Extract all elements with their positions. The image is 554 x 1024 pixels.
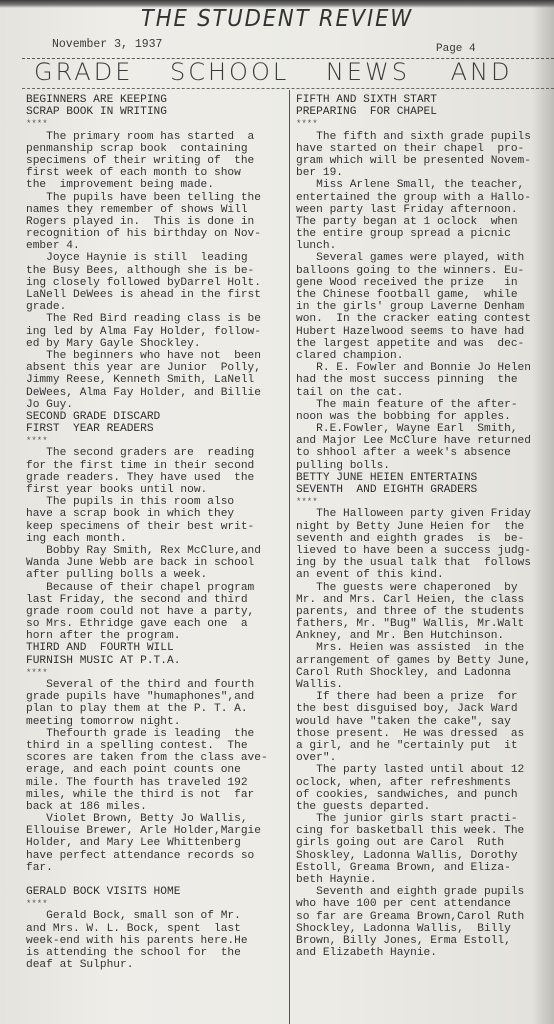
article-text-line: The Halloween party given Friday <box>296 508 554 520</box>
article-text-line: Wallis. <box>296 679 554 691</box>
article-text-line: gram which will be presented Novem- <box>296 155 554 167</box>
article-text-line: grade readers. They have used the <box>26 472 288 484</box>
article-text-line: Carol Ruth Shockley, and Ladonna <box>296 667 554 679</box>
article-text-line: grade pupils have "humaphones",and <box>26 691 288 703</box>
article-text-line: first year books until now. <box>26 484 288 496</box>
article-text-line: gene Wood received the prize in <box>296 277 554 289</box>
article-text-line: tail on the cat. <box>296 387 554 399</box>
article-text-line: the largest appetite and was dec- <box>296 338 554 350</box>
article-text-line: Rogers played in. This is done in <box>26 216 288 228</box>
article-text-line: ber 19. <box>296 167 554 179</box>
article-text-line: plan to play them at the P. T. A. <box>26 703 288 715</box>
page-number: Page 4 <box>436 43 476 55</box>
article-text-line: Brown, Billy Jones, Erma Estoll, <box>296 935 554 947</box>
headline-separator: **** <box>26 118 288 130</box>
headline-separator: **** <box>26 898 288 910</box>
article-text-line: The party began at 1 oclock when <box>296 216 554 228</box>
article: GERALD BOCK VISITS HOME**** Gerald Bock,… <box>26 886 288 971</box>
article-text-line: The main feature of the after- <box>296 399 554 411</box>
newsletter-page: THE STUDENT REVIEW November 3, 1937 Page… <box>0 0 554 1024</box>
article-text-line: is attending the school for the <box>26 947 288 959</box>
article-text-line: Seventh and eighth grade pupils <box>296 886 554 898</box>
article-text-line: specimens of their writing of the <box>26 155 288 167</box>
article-text-line: deaf at Sulphur. <box>26 959 288 971</box>
article-text-line: Hubert Hazelwood seems to have had <box>296 326 554 338</box>
right-column: FIFTH AND SIXTH STARTPREPARING FOR CHAPE… <box>296 94 554 959</box>
article-headline: THIRD AND FOURTH WILL <box>26 642 288 654</box>
article-text-line: who have 100 per cent attendance <box>296 898 554 910</box>
article-text-line: miles, while the third is not far <box>26 789 288 801</box>
article-text-line: an event of this kind. <box>296 569 554 581</box>
article-text-line: lunch. <box>296 240 554 252</box>
section-title-word: AND <box>451 58 513 86</box>
article-text-line: ing by the usual talk that follows <box>296 557 554 569</box>
article-text-line: clared champion. <box>296 350 554 362</box>
section-title: GRADE SCHOOL NEWS AND VIEWS <box>34 58 554 86</box>
article-text-line: back at 186 miles. <box>26 801 288 813</box>
article-text-line: the entire group spread a picnic <box>296 228 554 240</box>
article-text-line: have a scrap book in which they <box>26 508 288 520</box>
article-text-line: Shockley, Ladonna Wallis, Billy <box>296 923 554 935</box>
article-text-line: ed by Mary Gayle Shockley. <box>26 338 288 350</box>
article-text-line: erage, and each point counts one <box>26 764 288 776</box>
article-text-line: night by Betty June Heien for the <box>296 521 554 533</box>
section-title-word: SCHOOL <box>170 58 289 86</box>
headline-separator: **** <box>296 118 554 130</box>
article-text-line: arrangement of games by Betty June, <box>296 655 554 667</box>
article-text-line: Because of their chapel program <box>26 582 288 594</box>
article-text-line: ing each month. <box>26 533 288 545</box>
article-text-line: would have "taken the cake", say <box>296 716 554 728</box>
article-text-line: and Major Lee McClure have returned <box>296 435 554 447</box>
article-headline: SCRAP BOOK IN WRITING <box>26 106 288 118</box>
article-text-line: for the first time in their second <box>26 460 288 472</box>
article-headline: FIRST YEAR READERS <box>26 423 288 435</box>
article-headline: SECOND GRADE DISCARD <box>26 411 288 423</box>
article-text-line: Several games were played, with <box>296 252 554 264</box>
article-text-line: LaNell DeWees is ahead in the first <box>26 289 288 301</box>
article-text-line: so far are Greama Brown,Carol Ruth <box>296 911 554 923</box>
article-text-line: over". <box>296 752 554 764</box>
article-text-line: The party lasted until about 12 <box>296 764 554 776</box>
article-text-line: The second graders are reading <box>26 447 288 459</box>
article-text-line: beth Haynie. <box>296 874 554 886</box>
article-text-line: recognition of his birthday on Nov- <box>26 228 288 240</box>
article-text-line: Miss Arlene Small, the teacher, <box>296 179 554 191</box>
article-headline: FURNISH MUSIC AT P.T.A. <box>26 655 288 667</box>
article: THIRD AND FOURTH WILLFURNISH MUSIC AT P.… <box>26 642 288 874</box>
issue-date: November 3, 1937 <box>52 38 162 51</box>
article-text-line: Estoll, Greama Brown, and Eliza- <box>296 862 554 874</box>
article-text-line: last Friday, the second and third <box>26 594 288 606</box>
article-text-line: pulling bolls. <box>296 460 554 472</box>
article-text-line: If there had been a prize for <box>296 691 554 703</box>
article-text-line: R.E.Fowler, Wayne Earl Smith, <box>296 423 554 435</box>
article-spacer <box>26 874 288 886</box>
article-text-line: Violet Brown, Betty Jo Wallis, <box>26 813 288 825</box>
article-text-line: scores are taken from the class ave- <box>26 752 288 764</box>
article: SECOND GRADE DISCARDFIRST YEAR READERS**… <box>26 411 288 643</box>
article-text-line: ing led by Alma Fay Holder, follow- <box>26 326 288 338</box>
article-text-line: third in a spelling contest. The <box>26 740 288 752</box>
article-text-line: Thefourth grade is leading the <box>26 728 288 740</box>
article-text-line: fathers, Mr. "Bug" Wallis, Mr.Walt <box>296 618 554 630</box>
left-column: BEGINNERS ARE KEEPINGSCRAP BOOK IN WRITI… <box>26 94 288 971</box>
article-text-line: Jo Guy. <box>26 399 288 411</box>
headline-separator: **** <box>296 496 554 508</box>
article-text-line: Jimmy Reese, Kenneth Smith, LaNell <box>26 374 288 386</box>
headline-separator: **** <box>26 667 288 679</box>
section-title-word: NEWS <box>326 58 410 86</box>
article-text-line: parents, and three of the students <box>296 606 554 618</box>
article-text-line: penmanship scrap book containing <box>26 143 288 155</box>
article-text-line: in the girls' group Laverne Denham <box>296 301 554 313</box>
article-text-line: week-end with his parents here.He <box>26 935 288 947</box>
article-text-line: Holder, and Mary Lee Whittenberg <box>26 837 288 849</box>
article-text-line: the Chinese football game, while <box>296 289 554 301</box>
article-text-line: entertained the group with a Hallo- <box>296 192 554 204</box>
article-text-line: the guests departed. <box>296 801 554 813</box>
article-text-line: R. E. Fowler and Bonnie Jo Helen <box>296 362 554 374</box>
article-headline: BEGINNERS ARE KEEPING <box>26 94 288 106</box>
article-text-line: girls going out are Carol Ruth <box>296 837 554 849</box>
article: BETTY JUNE HEIEN ENTERTAINSSEVENTH AND E… <box>296 472 554 960</box>
section-title-word: GRADE <box>34 58 133 86</box>
article-text-line: of cookies, sandwiches, and punch <box>296 789 554 801</box>
article-text-line: grade. <box>26 301 288 313</box>
article-headline: BETTY JUNE HEIEN ENTERTAINS <box>296 472 554 484</box>
article-text-line: Joyce Haynie is still leading <box>26 252 288 264</box>
article-text-line: the improvement being made. <box>26 179 288 191</box>
article-text-line: and Elizabeth Haynie. <box>296 947 554 959</box>
article: BEGINNERS ARE KEEPINGSCRAP BOOK IN WRITI… <box>26 94 288 411</box>
article-text-line: the best disguised boy, Jack Ward <box>296 703 554 715</box>
article-text-line: Mrs. Heien was assisted in the <box>296 642 554 654</box>
article-text-line: The junior girls start practi- <box>296 813 554 825</box>
article-text-line: those present. He was dressed as <box>296 728 554 740</box>
article-text-line: Ankney, and Mr. Ben Hutchinson. <box>296 630 554 642</box>
article-text-line: absent this year are Junior Polly, <box>26 362 288 374</box>
article-text-line: ember 4. <box>26 240 288 252</box>
article-text-line: Wanda June Webb are back in school <box>26 557 288 569</box>
article-text-line: won. In the cracker eating contest <box>296 313 554 325</box>
article-text-line: far. <box>26 862 288 874</box>
article-text-line: The beginners who have not been <box>26 350 288 362</box>
article-headline: SEVENTH AND EIGHTH GRADERS <box>296 484 554 496</box>
article-text-line: The Red Bird reading class is be <box>26 313 288 325</box>
article-text-line: ween party last Friday afternoon. <box>296 204 554 216</box>
article-text-line: had the most success pinning the <box>296 374 554 386</box>
headline-separator: **** <box>26 435 288 447</box>
article-text-line: cing for basketball this week. The <box>296 825 554 837</box>
article-text-line: have perfect attendance records so <box>26 850 288 862</box>
article-text-line: Mr. and Mrs. Carl Heien, the class <box>296 594 554 606</box>
newspaper-title: THE STUDENT REVIEW <box>22 6 532 32</box>
article-text-line: and Mrs. W. L. Bock, spent last <box>26 923 288 935</box>
header-rule-bottom <box>22 88 554 89</box>
article-text-line: grade room could not have a party, <box>26 606 288 618</box>
article-text-line: The pupils in this room also <box>26 496 288 508</box>
article-text-line: to shhool after a week's absence <box>296 447 554 459</box>
article-text-line: The guests were chaperoned by <box>296 582 554 594</box>
article-text-line: Shoskley, Ladonna Wallis, Dorothy <box>296 850 554 862</box>
article-text-line: meeting tomorrow night. <box>26 716 288 728</box>
article-text-line: DeWees, Alma Fay Holder, and Billie <box>26 387 288 399</box>
article-text-line: noon was the bobbing for apples. <box>296 411 554 423</box>
column-divider <box>289 90 290 1024</box>
article-text-line: Gerald Bock, small son of Mr. <box>26 910 288 922</box>
article-text-line: lieved to have been a success judg- <box>296 545 554 557</box>
article-text-line: so Mrs. Ethridge gave each one a <box>26 618 288 630</box>
article-text-line: balloons going to the winners. Eu- <box>296 265 554 277</box>
article-text-line: after pulling bolls a week. <box>26 569 288 581</box>
article-headline: GERALD BOCK VISITS HOME <box>26 886 288 898</box>
article-text-line: ing closely followed byDarrel Holt. <box>26 277 288 289</box>
article-text-line: The fifth and sixth grade pupils <box>296 131 554 143</box>
article-text-line: have started on their chapel pro- <box>296 143 554 155</box>
article-text-line: mile. The fourth has traveled 192 <box>26 777 288 789</box>
article-text-line: Several of the third and fourth <box>26 679 288 691</box>
article-text-line: horn after the program. <box>26 630 288 642</box>
article: FIFTH AND SIXTH STARTPREPARING FOR CHAPE… <box>296 94 554 472</box>
article-text-line: Ellouise Brewer, Arle Holder,Margie <box>26 825 288 837</box>
article-text-line: keep specimens of their best writ- <box>26 521 288 533</box>
article-text-line: names they remember of shows Will <box>26 204 288 216</box>
article-text-line: seventh and eighth grades is be- <box>296 533 554 545</box>
article-text-line: the Busy Bees, although she is be- <box>26 265 288 277</box>
article-text-line: Bobby Ray Smith, Rex McClure,and <box>26 545 288 557</box>
article-text-line: The primary room has started a <box>26 131 288 143</box>
article-headline: PREPARING FOR CHAPEL <box>296 106 554 118</box>
article-text-line: first week of each month to show <box>26 167 288 179</box>
article-text-line: a girl, and he "certainly put it <box>296 740 554 752</box>
article-text-line: The pupils have been telling the <box>26 192 288 204</box>
article-text-line: oclock, when, after refreshments <box>296 777 554 789</box>
article-headline: FIFTH AND SIXTH START <box>296 94 554 106</box>
